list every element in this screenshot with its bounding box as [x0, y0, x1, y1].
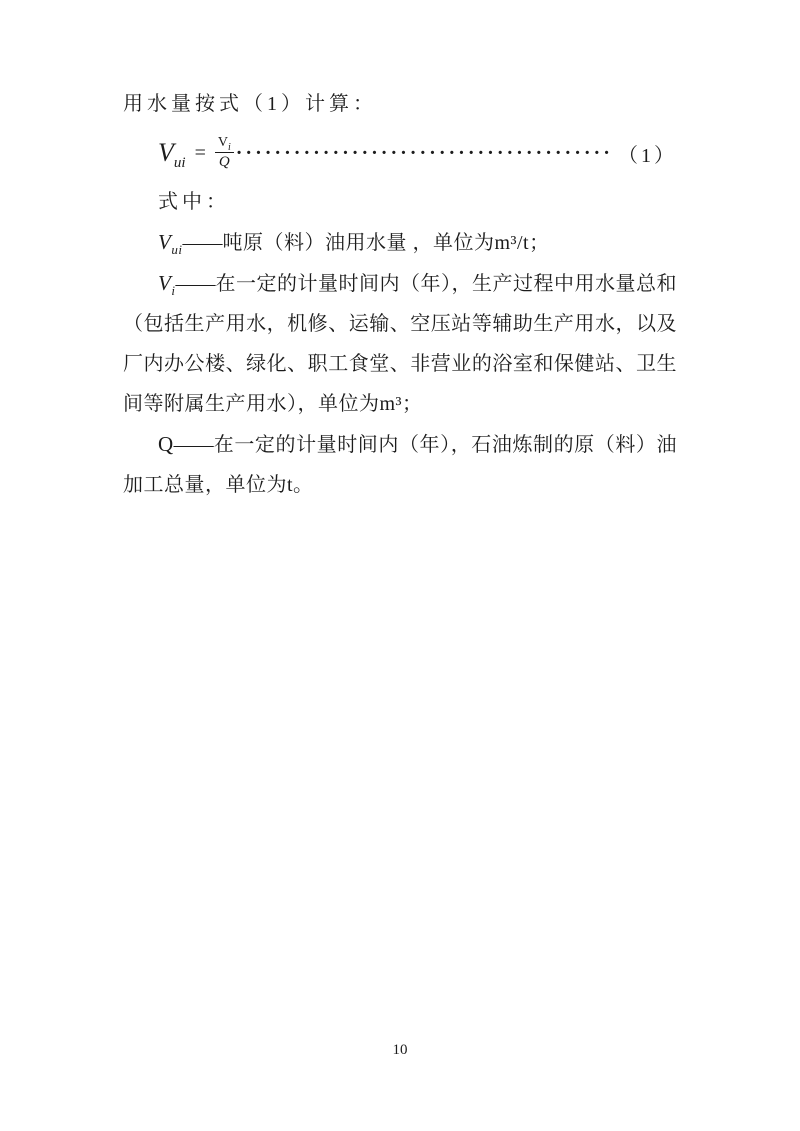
dot-leader: ········································… — [236, 142, 612, 165]
fraction: Vi Q — [215, 136, 234, 170]
definition-vi: Vi——在一定的计量时间内（年），生产过程中用水量总和（包括生产用水，机修、运输… — [123, 263, 677, 424]
definition-text: 吨原（料）油用水量 ，单位为m³/t； — [222, 232, 549, 254]
symbol-letter: Q — [158, 432, 174, 456]
equals-sign: = — [195, 142, 206, 165]
symbol-V-i: Vi — [158, 271, 175, 295]
var-V-i: V — [218, 135, 228, 150]
var-V-i-subscript: i — [228, 142, 231, 153]
equation-1: Vui = Vi Q ·····························… — [123, 124, 677, 182]
fraction-numerator: Vi — [215, 136, 234, 153]
paragraph-intro: 用水量按式（1）计算： — [123, 84, 677, 124]
fraction-denominator: Q — [219, 153, 230, 170]
definition-dash: —— — [175, 273, 215, 295]
definition-vui: Vui——吨原（料）油用水量 ，单位为m³/t； — [123, 222, 677, 263]
where-label: 式中： — [123, 182, 677, 222]
definition-dash: —— — [174, 434, 214, 456]
equation-number: （1） — [618, 139, 677, 168]
symbol-letter: V — [158, 271, 171, 295]
symbol-subscript: ui — [171, 242, 182, 257]
var-V-ui-subscript: ui — [174, 155, 186, 171]
formula-lhs: Vui — [158, 138, 186, 168]
document-page: 用水量按式（1）计算： Vui = Vi Q ·················… — [0, 0, 800, 1131]
symbol-V-ui: Vui — [158, 230, 182, 254]
symbol-letter: V — [158, 230, 171, 254]
definition-q: Q——在一定的计量时间内（年），石油炼制的原（料）油加工总量，单位为t。 — [123, 424, 677, 505]
page-number: 10 — [0, 1042, 800, 1059]
var-V-ui: V — [158, 138, 174, 167]
definition-dash: —— — [182, 232, 222, 254]
symbol-Q: Q — [158, 432, 174, 456]
